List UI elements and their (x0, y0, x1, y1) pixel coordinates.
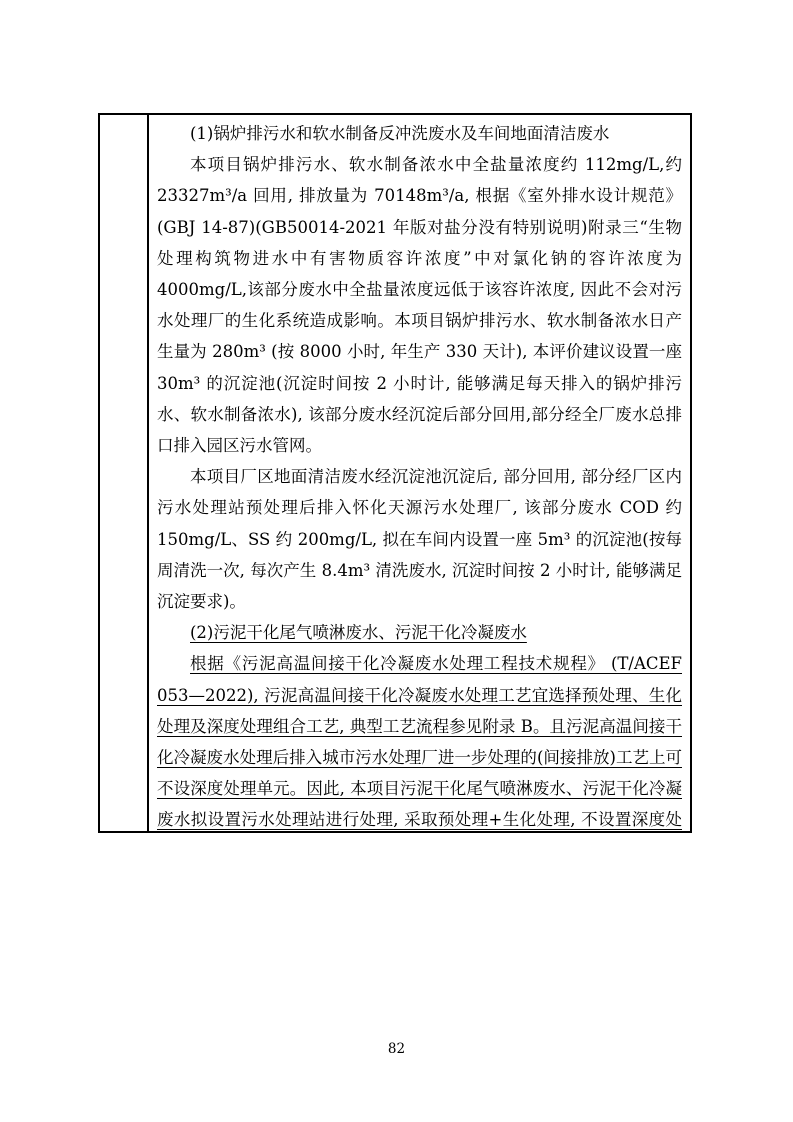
section-2-heading: (2)污泥干化尾气喷淋废水、污泥干化冷凝废水 (157, 617, 682, 648)
section-1-paragraph-2: 本项目厂区地面清洁废水经沉淀池沉淀后, 部分回用, 部分经厂区内污水处理站预处理… (157, 461, 682, 617)
section-1-heading: (1)锅炉排污水和软水制备反冲洗废水及车间地面清洁废水 (157, 118, 682, 149)
page-number: 82 (0, 1041, 793, 1057)
table-left-empty-cell (100, 115, 149, 831)
document-table: (1)锅炉排污水和软水制备反冲洗废水及车间地面清洁废水 本项目锅炉排污水、软水制… (98, 113, 692, 833)
table-content-cell: (1)锅炉排污水和软水制备反冲洗废水及车间地面清洁废水 本项目锅炉排污水、软水制… (149, 115, 690, 831)
section-1-paragraph-1: 本项目锅炉排污水、软水制备浓水中全盐量浓度约 112mg/L,约 23327m³… (157, 149, 682, 461)
section-2-paragraph-1: 根据《污泥高温间接干化冷凝废水处理工程技术规程》 (T/ACEF 053—202… (157, 648, 682, 831)
